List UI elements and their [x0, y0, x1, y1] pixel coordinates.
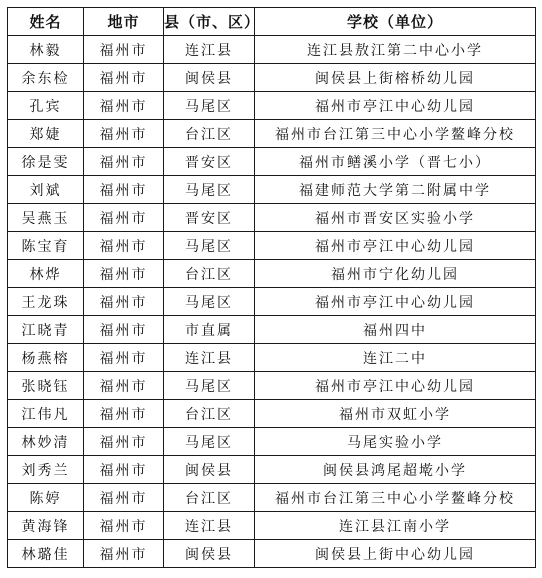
cell-city: 福州市	[84, 204, 164, 232]
table-row: 黄海锋 福州市 连江县 连江县江南小学	[8, 512, 536, 540]
cell-school: 福州市亭江中心幼儿园	[255, 288, 536, 316]
cell-name: 吴燕玉	[8, 204, 84, 232]
table-row: 孔宾 福州市 马尾区 福州市亭江中心幼儿园	[8, 92, 536, 120]
cell-name: 余东检	[8, 64, 84, 92]
cell-name: 江晓青	[8, 316, 84, 344]
cell-name: 郑婕	[8, 120, 84, 148]
cell-name: 江伟凡	[8, 400, 84, 428]
table-row: 林璐佳 福州市 闽侯县 闽侯县上街中心幼儿园	[8, 540, 536, 568]
cell-school: 福州市台江第三中心小学鳌峰分校	[255, 120, 536, 148]
cell-school: 福州市亭江中心幼儿园	[255, 92, 536, 120]
cell-city: 福州市	[84, 120, 164, 148]
table-row: 张晓钰 福州市 马尾区 福州市亭江中心幼儿园	[8, 372, 536, 400]
cell-school: 福州四中	[255, 316, 536, 344]
cell-school: 福州市亭江中心幼儿园	[255, 232, 536, 260]
cell-county: 市直属	[164, 316, 255, 344]
cell-city: 福州市	[84, 64, 164, 92]
cell-county: 马尾区	[164, 288, 255, 316]
cell-county: 台江区	[164, 120, 255, 148]
table-row: 郑婕 福州市 台江区 福州市台江第三中心小学鳌峰分校	[8, 120, 536, 148]
cell-city: 福州市	[84, 400, 164, 428]
cell-name: 孔宾	[8, 92, 84, 120]
cell-county: 马尾区	[164, 232, 255, 260]
table-row: 江伟凡 福州市 台江区 福州市双虹小学	[8, 400, 536, 428]
cell-city: 福州市	[84, 372, 164, 400]
cell-county: 台江区	[164, 400, 255, 428]
cell-county: 马尾区	[164, 372, 255, 400]
cell-name: 徐是雯	[8, 148, 84, 176]
table-row: 江晓青 福州市 市直属 福州四中	[8, 316, 536, 344]
cell-school: 福州市晋安区实验小学	[255, 204, 536, 232]
cell-name: 杨燕榕	[8, 344, 84, 372]
cell-city: 福州市	[84, 36, 164, 64]
cell-city: 福州市	[84, 232, 164, 260]
cell-school: 闽侯县上街榕桥幼儿园	[255, 64, 536, 92]
cell-school: 福州市台江第三中心小学鳌峰分校	[255, 484, 536, 512]
table-row: 刘秀兰 福州市 闽侯县 闽侯县鸿尾超墘小学	[8, 456, 536, 484]
table-row: 王龙珠 福州市 马尾区 福州市亭江中心幼儿园	[8, 288, 536, 316]
cell-county: 闽侯县	[164, 456, 255, 484]
cell-city: 福州市	[84, 316, 164, 344]
cell-city: 福州市	[84, 456, 164, 484]
cell-county: 闽侯县	[164, 540, 255, 568]
cell-county: 台江区	[164, 260, 255, 288]
table-row: 陈宝育 福州市 马尾区 福州市亭江中心幼儿园	[8, 232, 536, 260]
cell-school: 福州市宁化幼儿园	[255, 260, 536, 288]
cell-name: 王龙珠	[8, 288, 84, 316]
cell-name: 张晓钰	[8, 372, 84, 400]
cell-county: 连江县	[164, 344, 255, 372]
cell-city: 福州市	[84, 512, 164, 540]
table-row: 刘斌 福州市 马尾区 福建师范大学第二附属中学	[8, 176, 536, 204]
roster-sheet: 姓名 地市 县（市、区） 学校（单位） 林毅 福州市 连江县 连江县敖江第二中心…	[7, 7, 535, 568]
cell-city: 福州市	[84, 428, 164, 456]
table-row: 杨燕榕 福州市 连江县 连江二中	[8, 344, 536, 372]
cell-school: 连江二中	[255, 344, 536, 372]
cell-county: 晋安区	[164, 148, 255, 176]
cell-county: 闽侯县	[164, 64, 255, 92]
cell-school: 福州市亭江中心幼儿园	[255, 372, 536, 400]
table-row: 陈婷 福州市 台江区 福州市台江第三中心小学鳌峰分校	[8, 484, 536, 512]
cell-school: 连江县敖江第二中心小学	[255, 36, 536, 64]
cell-city: 福州市	[84, 92, 164, 120]
cell-school: 闽侯县鸿尾超墘小学	[255, 456, 536, 484]
cell-name: 刘斌	[8, 176, 84, 204]
cell-city: 福州市	[84, 260, 164, 288]
cell-county: 马尾区	[164, 176, 255, 204]
table-row: 吴燕玉 福州市 晋安区 福州市晋安区实验小学	[8, 204, 536, 232]
teacher-roster-table: 姓名 地市 县（市、区） 学校（单位） 林毅 福州市 连江县 连江县敖江第二中心…	[7, 7, 536, 568]
cell-name: 陈婷	[8, 484, 84, 512]
cell-county: 连江县	[164, 512, 255, 540]
table-row: 徐是雯 福州市 晋安区 福州市鳝溪小学（晋七小）	[8, 148, 536, 176]
cell-county: 晋安区	[164, 204, 255, 232]
cell-name: 陈宝育	[8, 232, 84, 260]
cell-school: 福州市鳝溪小学（晋七小）	[255, 148, 536, 176]
table-row: 余东检 福州市 闽侯县 闽侯县上街榕桥幼儿园	[8, 64, 536, 92]
cell-name: 黄海锋	[8, 512, 84, 540]
cell-county: 台江区	[164, 484, 255, 512]
cell-county: 马尾区	[164, 92, 255, 120]
cell-school: 连江县江南小学	[255, 512, 536, 540]
cell-school: 福州市双虹小学	[255, 400, 536, 428]
header-name: 姓名	[8, 8, 84, 36]
table-row: 林烨 福州市 台江区 福州市宁化幼儿园	[8, 260, 536, 288]
cell-city: 福州市	[84, 344, 164, 372]
cell-name: 刘秀兰	[8, 456, 84, 484]
cell-county: 连江县	[164, 36, 255, 64]
cell-city: 福州市	[84, 288, 164, 316]
cell-city: 福州市	[84, 176, 164, 204]
cell-name: 林烨	[8, 260, 84, 288]
cell-school: 福建师范大学第二附属中学	[255, 176, 536, 204]
cell-city: 福州市	[84, 540, 164, 568]
cell-city: 福州市	[84, 484, 164, 512]
cell-city: 福州市	[84, 148, 164, 176]
cell-county: 马尾区	[164, 428, 255, 456]
cell-name: 林璐佳	[8, 540, 84, 568]
header-school: 学校（单位）	[255, 8, 536, 36]
header-county: 县（市、区）	[164, 8, 255, 36]
header-city: 地市	[84, 8, 164, 36]
table-row: 林妙清 福州市 马尾区 马尾实验小学	[8, 428, 536, 456]
cell-name: 林毅	[8, 36, 84, 64]
roster-body: 林毅 福州市 连江县 连江县敖江第二中心小学 余东检 福州市 闽侯县 闽侯县上街…	[8, 36, 536, 568]
cell-school: 闽侯县上街中心幼儿园	[255, 540, 536, 568]
header-row: 姓名 地市 县（市、区） 学校（单位）	[8, 8, 536, 36]
cell-name: 林妙清	[8, 428, 84, 456]
cell-school: 马尾实验小学	[255, 428, 536, 456]
table-row: 林毅 福州市 连江县 连江县敖江第二中心小学	[8, 36, 536, 64]
